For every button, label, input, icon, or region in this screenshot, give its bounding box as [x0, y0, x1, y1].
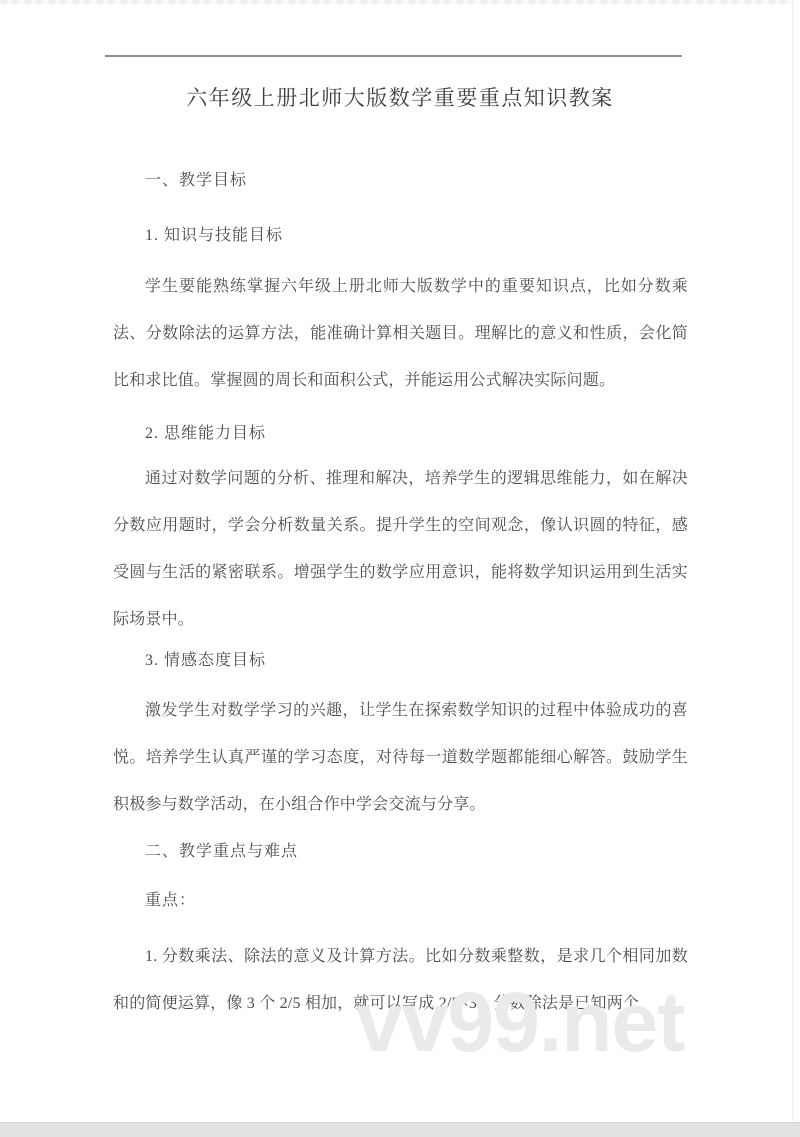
sub-heading-emotional-attitude: 3. 情感态度目标	[113, 637, 688, 684]
section-heading-teaching-objectives: 一、教学目标	[113, 157, 688, 204]
paragraph-knowledge-skills: 学生要能熟练掌握六年级上册北师大版数学中的重要知识点，比如分数乘法、分数除法的运…	[113, 263, 688, 404]
page-top-edge	[0, 0, 800, 4]
paragraph-thinking-ability: 通过对数学问题的分析、推理和解决，培养学生的逻辑思维能力，如在解决分数应用题时，…	[113, 455, 688, 643]
site-watermark: vv99.net	[356, 980, 684, 1064]
sub-heading-thinking-ability: 2. 思维能力目标	[113, 410, 688, 457]
sub-heading-knowledge-skills: 1. 知识与技能目标	[113, 212, 688, 259]
document-viewer: 六年级上册北师大版数学重要重点知识教案 一、教学目标 1. 知识与技能目标 学生…	[0, 0, 800, 1137]
sub-heading-key-points-label: 重点：	[113, 877, 688, 924]
document-page: 六年级上册北师大版数学重要重点知识教案 一、教学目标 1. 知识与技能目标 学生…	[0, 0, 800, 1122]
section-heading-key-difficult-points: 二、教学重点与难点	[113, 828, 688, 875]
page-right-edge	[792, 0, 800, 1122]
document-title: 六年级上册北师大版数学重要重点知识教案	[0, 82, 800, 112]
paragraph-emotional-attitude: 激发学生对数学学习的兴趣，让学生在探索数学知识的过程中体验成功的喜悦。培养学生认…	[113, 687, 688, 828]
header-rule	[105, 55, 682, 57]
page-bottom-background	[0, 1122, 800, 1137]
